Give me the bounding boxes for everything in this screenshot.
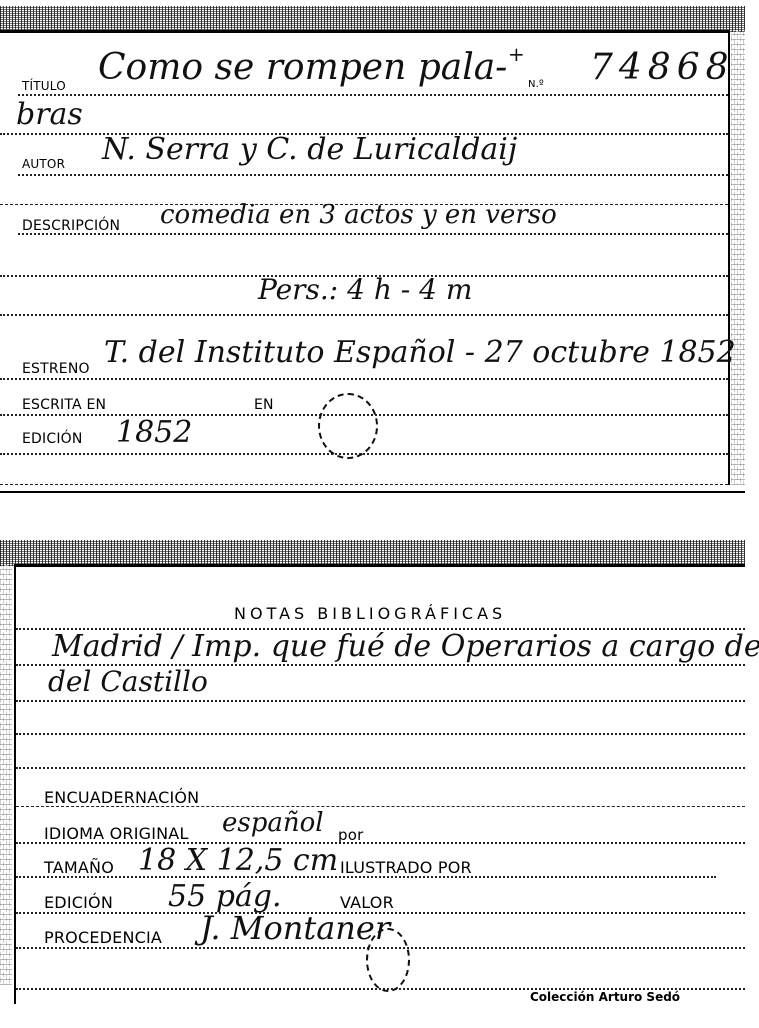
escrita-en-label: ESCRITA EN — [22, 398, 106, 412]
estreno-value: T. del Instituto Español - 27 octubre 18… — [104, 338, 736, 368]
idioma-original-label: IDIOMA ORIGINAL — [44, 826, 189, 842]
edicion-label: EDICIÓN — [22, 432, 83, 446]
ruled-line — [18, 174, 728, 176]
notes-line-1: Madrid / Imp. que fué de Operarios a car… — [52, 632, 759, 662]
ruled-line — [0, 314, 728, 316]
card-separator — [0, 491, 745, 493]
collection-credit: Colección Arturo Sedó — [530, 990, 680, 1004]
scan-border-noise — [0, 565, 12, 985]
circle-stamp-mark — [366, 928, 410, 992]
idioma-original-value: español — [222, 810, 324, 836]
autor-value: N. Serra y C. de Luricaldaij — [102, 135, 517, 165]
ruled-line — [16, 733, 745, 735]
tamano-value: 18 X 12,5 cm — [138, 846, 338, 876]
scan-border-noise — [0, 6, 745, 32]
ruled-line — [16, 767, 745, 769]
scan-border-noise — [0, 540, 745, 566]
ruled-line — [18, 233, 728, 235]
ruled-line — [16, 700, 745, 702]
numero-label: N.º — [528, 80, 544, 90]
ruled-line — [18, 94, 728, 96]
procedencia-label: PROCEDENCIA — [44, 930, 162, 946]
numero-value: 74868 — [590, 50, 735, 86]
en-label: EN — [254, 398, 274, 412]
card-border — [14, 564, 16, 1004]
tamano-label: TAMAÑO — [44, 860, 114, 876]
notes-line-2: del Castillo — [48, 668, 208, 696]
ruled-line — [0, 484, 728, 485]
numero-mark: + — [508, 44, 525, 64]
edicion-back-label: EDICIÓN — [44, 895, 113, 911]
notas-heading: NOTAS BIBLIOGRÁFICAS — [234, 606, 506, 622]
titulo-value: Como se rompen pala- — [98, 50, 507, 86]
ilustrado-por-label: ILUSTRADO POR — [340, 860, 472, 876]
personajes-value: Pers.: 4 h - 4 m — [258, 276, 472, 304]
idioma-por-label: por — [338, 828, 363, 843]
titulo-continuation: bras — [16, 100, 83, 130]
edicion-back-value: 55 pág. — [168, 882, 282, 912]
encuadernacion-label: ENCUADERNACIÓN — [44, 790, 199, 806]
autor-label: AUTOR — [22, 158, 65, 170]
descripcion-label: DESCRIPCIÓN — [22, 219, 120, 233]
procedencia-value: J. Montaner — [200, 912, 390, 944]
card-border — [728, 30, 730, 485]
edicion-value: 1852 — [116, 418, 192, 448]
titulo-label: TÍTULO — [22, 80, 66, 92]
descripcion-value: comedia en 3 actos y en verso — [160, 202, 557, 228]
ruled-line — [0, 378, 728, 380]
estreno-label: ESTRENO — [22, 362, 90, 376]
scan-border-noise — [731, 30, 745, 485]
card-border — [14, 564, 745, 567]
circle-stamp-mark — [318, 393, 378, 459]
card-border — [0, 30, 730, 33]
